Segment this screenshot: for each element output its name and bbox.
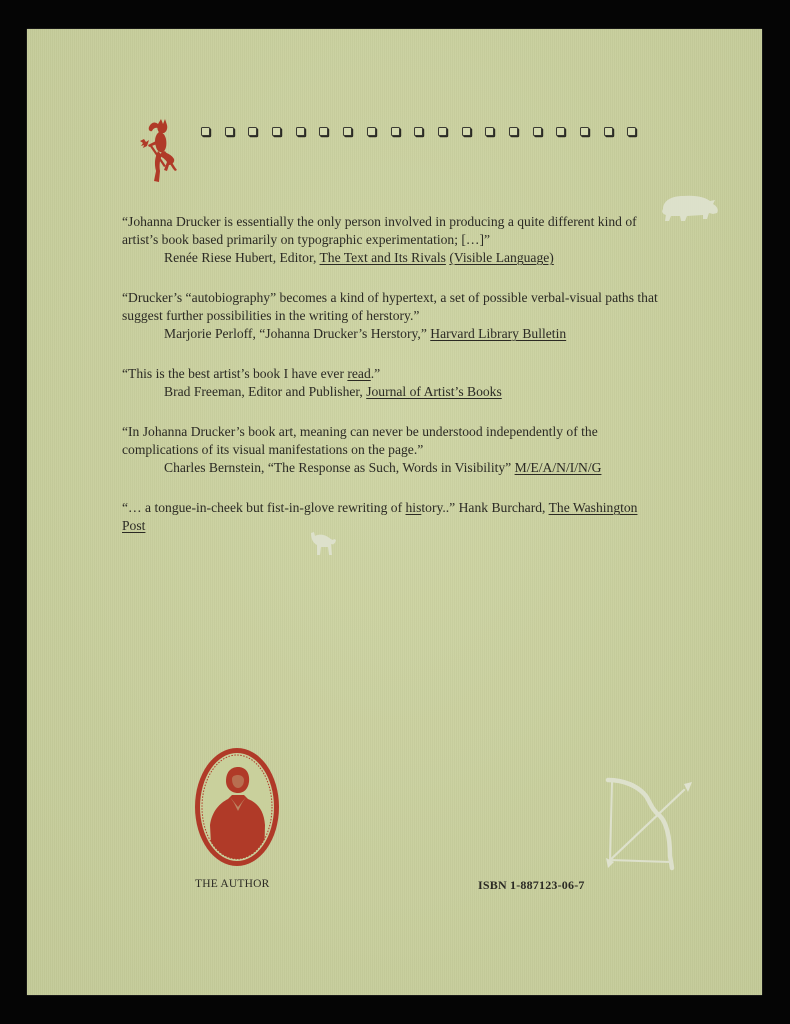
underlined-title: Journal of Artist’s Books — [366, 384, 502, 399]
quote-attribution: Brad Freeman, Editor and Publisher, Jour… — [122, 383, 662, 401]
text-fragment: Brad Freeman, Editor and Publisher, — [164, 384, 366, 399]
review-quote: “Drucker’s “autobiography” becomes a kin… — [122, 289, 662, 343]
devil-with-pitchfork-icon — [134, 115, 182, 187]
isbn-number: ISBN 1-887123-06-7 — [478, 878, 585, 893]
square-key-icon — [556, 127, 565, 136]
decorative-box-row — [201, 127, 636, 136]
square-key-icon — [272, 127, 281, 136]
square-key-icon — [533, 127, 542, 136]
quote-text: “Johanna Drucker is essentially the only… — [122, 213, 662, 249]
square-key-icon — [485, 127, 494, 136]
underlined-title: his — [406, 500, 422, 515]
square-key-icon — [627, 127, 636, 136]
square-key-icon — [580, 127, 589, 136]
author-caption: THE AUTHOR — [195, 878, 270, 890]
text-fragment: “Johanna Drucker is essentially the only… — [122, 214, 637, 247]
book-back-cover: “Johanna Drucker is essentially the only… — [27, 29, 762, 995]
quote-attribution: Charles Bernstein, “The Response as Such… — [122, 459, 662, 477]
square-key-icon — [367, 127, 376, 136]
underlined-title: (Visible Language) — [449, 250, 554, 265]
square-key-icon — [319, 127, 328, 136]
review-quote: “This is the best artist’s book I have e… — [122, 365, 662, 401]
underlined-title: read — [347, 366, 370, 381]
review-quotes: “Johanna Drucker is essentially the only… — [122, 213, 662, 557]
text-fragment: “In Johanna Drucker’s book art, meaning … — [122, 424, 598, 457]
quote-text: “… a tongue-in-cheek but fist-in-glove r… — [122, 499, 662, 535]
quote-attribution: Renée Riese Hubert, Editor, The Text and… — [122, 249, 662, 267]
text-fragment: Renée Riese Hubert, Editor, — [164, 250, 320, 265]
square-key-icon — [391, 127, 400, 136]
square-key-icon — [509, 127, 518, 136]
square-key-icon — [462, 127, 471, 136]
review-quote: “In Johanna Drucker’s book art, meaning … — [122, 423, 662, 477]
quote-text: “This is the best artist’s book I have e… — [122, 365, 662, 383]
quote-attribution: Marjorie Perloff, “Johanna Drucker’s Her… — [122, 325, 662, 343]
author-portrait-cameo — [192, 745, 282, 870]
text-fragment: tory..” Hank Burchard, — [421, 500, 548, 515]
text-fragment: .” — [371, 366, 380, 381]
square-key-icon — [296, 127, 305, 136]
text-fragment: Marjorie Perloff, “Johanna Drucker’s Her… — [164, 326, 430, 341]
square-key-icon — [414, 127, 423, 136]
text-fragment: Charles Bernstein, “The Response as Such… — [164, 460, 515, 475]
review-quote: “Johanna Drucker is essentially the only… — [122, 213, 662, 267]
underlined-title: Harvard Library Bulletin — [430, 326, 566, 341]
text-fragment: “… a tongue-in-cheek but fist-in-glove r… — [122, 500, 406, 515]
underlined-title: The Text and Its Rivals — [320, 250, 446, 265]
bow-and-arrow-icon — [604, 776, 699, 876]
underlined-title: M/E/A/N/I/N/G — [515, 460, 602, 475]
square-key-icon — [343, 127, 352, 136]
square-key-icon — [604, 127, 613, 136]
square-key-icon — [438, 127, 447, 136]
quote-text: “Drucker’s “autobiography” becomes a kin… — [122, 289, 662, 325]
square-key-icon — [225, 127, 234, 136]
quote-text: “In Johanna Drucker’s book art, meaning … — [122, 423, 662, 459]
square-key-icon — [248, 127, 257, 136]
square-key-icon — [201, 127, 210, 136]
rhinoceros-icon — [657, 191, 719, 225]
cat-icon — [308, 529, 338, 557]
review-quote: “… a tongue-in-cheek but fist-in-glove r… — [122, 499, 662, 535]
text-fragment: “This is the best artist’s book I have e… — [122, 366, 347, 381]
text-fragment: “Drucker’s “autobiography” becomes a kin… — [122, 290, 658, 323]
